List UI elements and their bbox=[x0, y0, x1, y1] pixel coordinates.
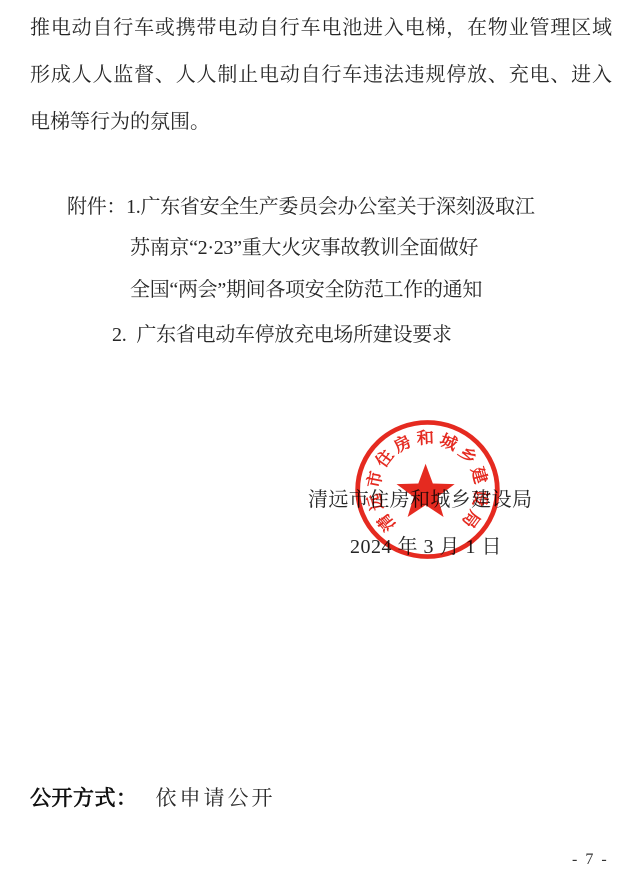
attachment-label: 附件： bbox=[67, 196, 126, 218]
disclosure-line: 公开方式：依申请公开 bbox=[30, 782, 276, 812]
attachment-item-2-number: 2. bbox=[112, 324, 126, 346]
official-seal: 清远市住房和城乡建设局 bbox=[351, 416, 504, 563]
seal-star-icon bbox=[397, 464, 455, 517]
paragraph-line: 形成人人监督、人人制止电动自行车违法违规停放、充电、进入 bbox=[30, 52, 612, 99]
attachment-line: 全国“两会”期间各项安全防范工作的通知 bbox=[130, 273, 482, 302]
attachment-item-1-number: 1. bbox=[126, 196, 140, 218]
page-number: - 7 - bbox=[572, 851, 609, 869]
disclosure-label: 公开方式： bbox=[30, 787, 138, 810]
attachment-line: 苏南京“2·23”重大火灾事故教训全面做好 bbox=[130, 231, 478, 260]
attachment-item-2-title: 广东省电动车停放充电场所建设要求 bbox=[136, 324, 451, 346]
attachment-line: 附件：1.广东省安全生产委员会办公室关于深刻汲取江 bbox=[67, 190, 535, 219]
document-page: 推电动自行车或携带电动自行车电池进入电梯，在物业管理区域 形成人人监督、人人制止… bbox=[0, 0, 643, 881]
attachment-line: 2.广东省电动车停放充电场所建设要求 bbox=[112, 318, 452, 347]
body-paragraph: 推电动自行车或携带电动自行车电池进入电梯，在物业管理区域 形成人人监督、人人制止… bbox=[30, 5, 612, 146]
disclosure-value: 依申请公开 bbox=[156, 786, 276, 810]
paragraph-line: 电梯等行为的氛围。 bbox=[30, 99, 612, 146]
attachment-item-1-title: 广东省安全生产委员会办公室关于深刻汲取江 bbox=[141, 196, 535, 218]
paragraph-line: 推电动自行车或携带电动自行车电池进入电梯，在物业管理区域 bbox=[30, 5, 612, 52]
